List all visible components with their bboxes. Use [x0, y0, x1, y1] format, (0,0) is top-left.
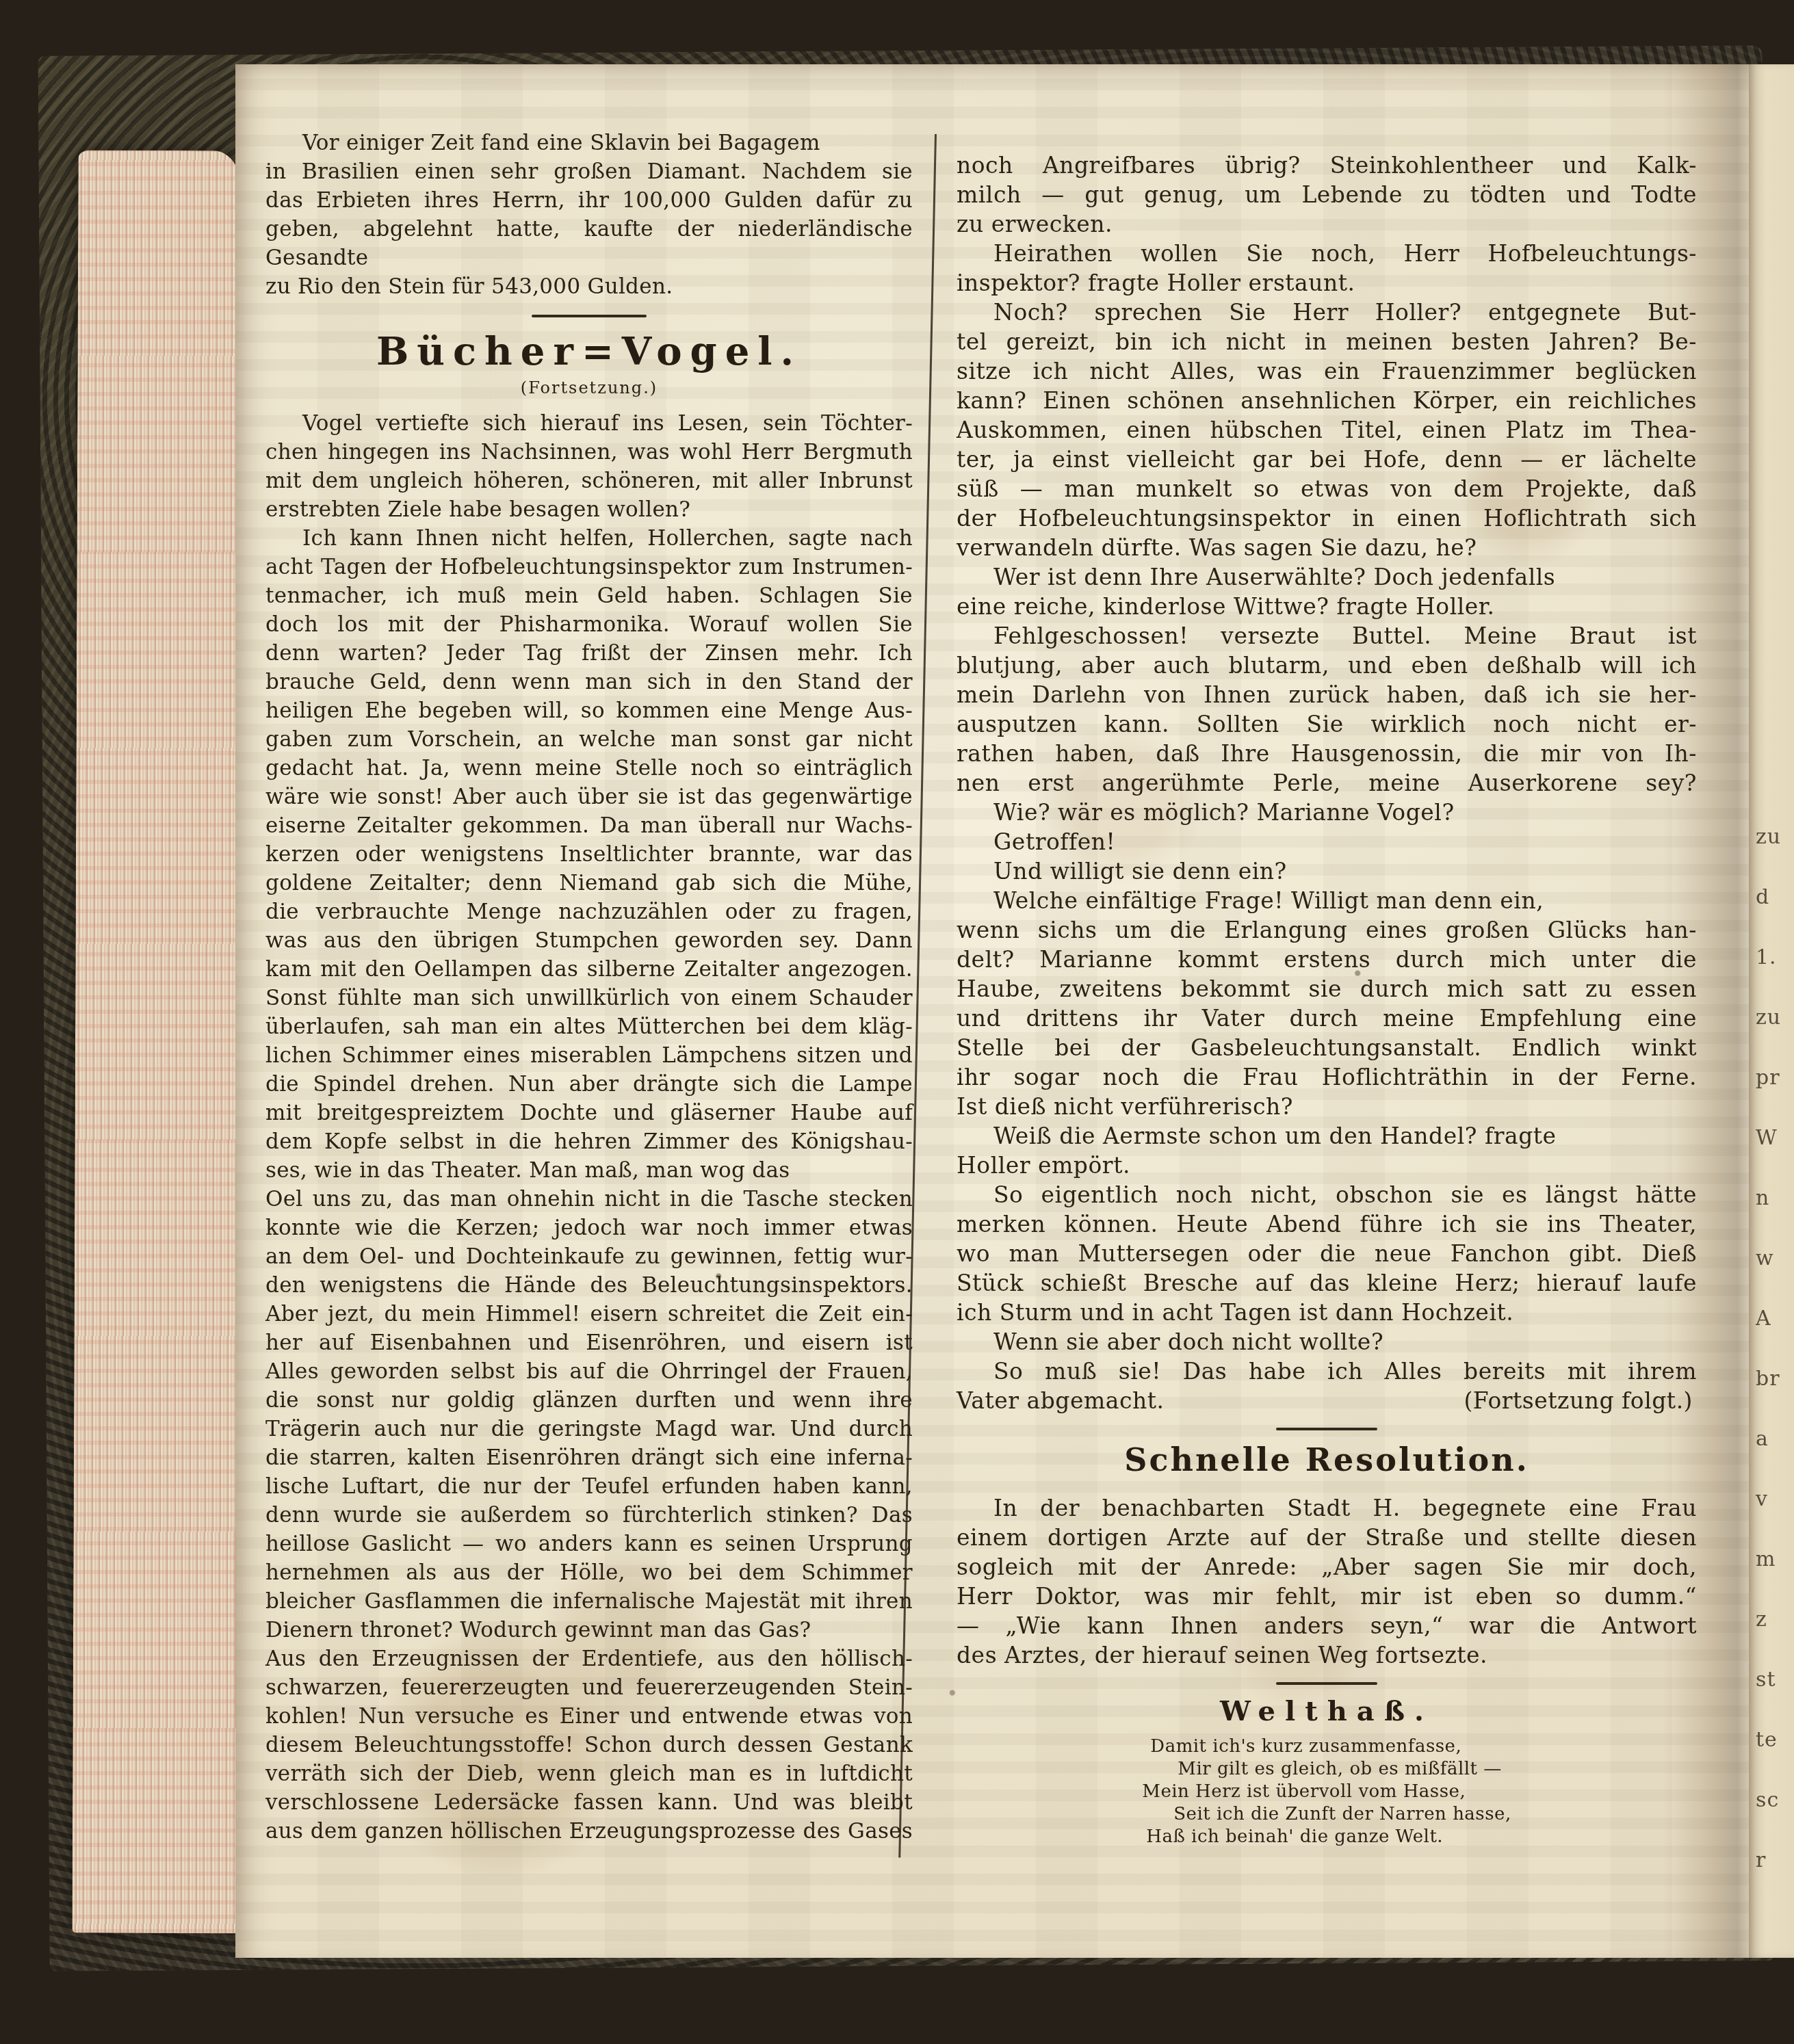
text-line: des Arztes, der hierauf seinen Weg forts… [957, 1640, 1697, 1670]
next-page-text-fragments: zud1.zuprWnwAbravmzsttescr [1756, 807, 1794, 1891]
text-line: Holler empört. [957, 1151, 1697, 1180]
text-line: merken können. Heute Abend führe ich sie… [957, 1209, 1697, 1239]
text-line: heiligen Ehe begeben will, so kommen ein… [265, 696, 913, 725]
text-line: die Spindel drehen. Nun aber drängte sic… [265, 1070, 913, 1099]
text-line: wo man Muttersegen oder die neue Fanchon… [957, 1239, 1697, 1268]
text-line: rathen haben, daß Ihre Hausgenossin, die… [957, 739, 1697, 768]
text-line: doch los mit der Phisharmonika. Worauf w… [265, 610, 913, 639]
text-line: Wenn sie aber doch nicht wollte? [957, 1327, 1697, 1357]
text-line: w [1756, 1229, 1794, 1289]
text-line: tel gereizt, bin ich nicht in meinen bes… [957, 327, 1697, 356]
text-line: gaben zum Vorschein, an welche man sonst… [265, 725, 913, 754]
text-line: Fehlgeschossen! versezte Buttel. Meine B… [957, 621, 1697, 651]
text-line: nen erst angerühmte Perle, meine Auserko… [957, 768, 1697, 798]
text-line: einem dortigen Arzte auf der Straße und … [957, 1523, 1697, 1552]
intro-paragraph: Vor einiger Zeit fand eine Sklavin bei B… [265, 129, 913, 301]
text-line: Haube, zweitens bekommt sie durch mich s… [957, 974, 1697, 1004]
text-line: brauche Geld, denn wenn man sich in den … [265, 668, 913, 696]
text-line: st [1756, 1650, 1794, 1710]
text-line: Aber jezt, du mein Himmel! eisern schrei… [265, 1300, 913, 1328]
text-line: ich Sturm und in acht Tagen ist dann Hoc… [957, 1298, 1697, 1327]
text-line: Vogel vertiefte sich hierauf ins Lesen, … [265, 409, 913, 438]
text-line: acht Tagen der Hofbeleuchtungsinspektor … [265, 553, 913, 581]
text-line: tenmacher, ich muß mein Geld haben. Schl… [265, 581, 913, 610]
text-line: schwarzen, feuererzeugten und feuererzeu… [265, 1673, 913, 1702]
text-line: pr [1756, 1048, 1794, 1108]
article-closing-line: Vater abgemacht. (Fortsetzung folgt.) [957, 1386, 1697, 1415]
text-line: heillose Gaslicht — wo anders kann es se… [265, 1530, 913, 1558]
text-line: Noch? sprechen Sie Herr Holler? entgegne… [957, 298, 1697, 327]
article-body-continued: noch Angreifbares übrig? Steinkohlenthee… [957, 150, 1697, 1386]
text-line: inspektor? fragte Holler erstaunt. [957, 268, 1697, 298]
text-line: Trägerin auch nur die geringste Magd war… [265, 1415, 913, 1443]
text-line: konnte wie die Kerzen; jedoch war noch i… [265, 1214, 913, 1242]
text-line: eine reiche, kinderlose Wittwe? fragte H… [957, 592, 1697, 621]
text-line: Haß ich beinah' die ganze Welt. [1142, 1826, 1511, 1848]
next-page-edge: zud1.zuprWnwAbravmzsttescr [1749, 64, 1794, 1958]
text-line: überlaufen, sah man ein altes Mütterchen… [265, 1012, 913, 1041]
text-line: m [1756, 1530, 1794, 1590]
text-line: Welche einfältige Frage! Willigt man den… [957, 886, 1697, 915]
text-line: 1. [1756, 928, 1794, 988]
article-body: Vogel vertiefte sich hierauf ins Lesen, … [265, 409, 913, 1846]
text-line: die sonst nur goldig glänzen durften und… [265, 1386, 913, 1415]
text-line: zu [1756, 807, 1794, 867]
text-line: hernehmen als aus der Hölle, wo bei dem … [265, 1558, 913, 1587]
text-line: ausputzen kann. Sollten Sie wirklich noc… [957, 709, 1697, 739]
text-line: diesem Beleuchtungsstoffe! Schon durch d… [265, 1731, 913, 1759]
text-line: Oel uns zu, das man ohnehin nicht in die… [265, 1185, 913, 1214]
text-line: die starren, kalten Eisenröhren drängt s… [265, 1443, 913, 1472]
text-line: verräth sich der Dieb, wenn gleich man e… [265, 1759, 913, 1788]
text-line: Heirathen wollen Sie noch, Herr Hofbeleu… [957, 239, 1697, 268]
text-line: z [1756, 1590, 1794, 1650]
text-line: Ich kann Ihnen nicht helfen, Hollerchen,… [265, 524, 913, 553]
text-line: sogleich mit der Anrede: „Aber sagen Sie… [957, 1552, 1697, 1582]
text-line: Wie? wär es möglich? Marianne Vogel? [957, 798, 1697, 827]
text-line: aus dem ganzen höllischen Erzeugungsproz… [265, 1817, 913, 1846]
text-line: Stelle bei der Gasbeleuchtungsanstalt. E… [957, 1033, 1697, 1062]
text-line: Auskommen, einen hübschen Titel, einen P… [957, 415, 1697, 445]
text-line: Weiß die Aermste schon um den Handel? fr… [957, 1121, 1697, 1151]
section-rule [1276, 1428, 1377, 1430]
text-line: den wenigstens die Hände des Beleuchtung… [265, 1271, 913, 1300]
text-line: mein Darlehn von Ihnen zurück haben, daß… [957, 680, 1697, 709]
text-line: die verbrauchte Menge nachzuzählen oder … [265, 897, 913, 926]
article-title-schnelle-resolution: Schnelle Resolution. [957, 1439, 1697, 1481]
text-line: Stück schießt Bresche auf das kleine Her… [957, 1268, 1697, 1298]
text-line: blutjung, aber auch blutarm, und eben de… [957, 651, 1697, 680]
text-line: Sonst fühlte man sich unwillkürlich von … [265, 984, 913, 1012]
text-line: zu erwecken. [957, 209, 1697, 239]
text-line: mit breitgespreiztem Dochte und gläserne… [265, 1099, 913, 1127]
text-line: geben, abgelehnt hatte, kaufte der niede… [265, 215, 913, 272]
text-line: d [1756, 867, 1794, 928]
text-line: an dem Oel- und Dochteinkaufe zu gewinne… [265, 1242, 913, 1271]
text-line: kam mit den Oellampen das silberne Zeita… [265, 955, 913, 984]
text-line: Und willigt sie denn ein? [957, 856, 1697, 886]
text-line: süß — man munkelt so etwas von dem Proje… [957, 474, 1697, 503]
text-line: ter, ja einst vielleicht gar bei Hofe, d… [957, 445, 1697, 474]
text-line: eiserne Zeitalter gekommen. Da man übera… [265, 811, 913, 840]
text-line: a [1756, 1409, 1794, 1469]
text-line: goldene Zeitalter; denn Niemand gab sich… [265, 869, 913, 897]
text-line: n [1756, 1168, 1794, 1229]
text-line: r [1756, 1831, 1794, 1891]
text-line: Mein Herz ist übervoll vom Hasse, [1142, 1781, 1511, 1803]
text-line: was aus den übrigen Stumpchen geworden s… [265, 926, 913, 955]
article2-body: In der benachbarten Stadt H. begegnete e… [957, 1493, 1697, 1670]
section-rule [1276, 1682, 1377, 1685]
right-column: noch Angreifbares übrig? Steinkohlenthee… [957, 150, 1697, 1848]
text-line: So muß sie! Das habe ich Alles bereits m… [957, 1357, 1697, 1386]
article-subtitle: (Fortsetzung.) [265, 376, 913, 399]
text-line: sc [1756, 1770, 1794, 1831]
text-line: So eigentlich noch nicht, obschon sie es… [957, 1180, 1697, 1209]
text-line: In der benachbarten Stadt H. begegnete e… [957, 1493, 1697, 1523]
text-line: sitze ich nicht Alles, was ein Frauenzim… [957, 356, 1697, 386]
text-line: Ist dieß nicht verführerisch? [957, 1092, 1697, 1121]
text-line: bleicher Gasflammen die infernalische Ma… [265, 1587, 913, 1616]
text-line: und drittens ihr Vater durch meine Empfe… [957, 1004, 1697, 1033]
text-line: Mir gilt es gleich, ob es mißfällt — [1142, 1758, 1511, 1781]
text-line: der Hofbeleuchtungsinspektor in einen Ho… [957, 503, 1697, 533]
article-title-welthass: Welthaß. [957, 1693, 1697, 1730]
text-line: Vor einiger Zeit fand eine Sklavin bei B… [265, 129, 913, 157]
closing-text: Vater abgemacht. [957, 1386, 1164, 1415]
text-line: gedacht hat. Ja, wenn meine Stelle noch … [265, 754, 913, 783]
text-line: das Erbieten ihres Herrn, ihr 100,000 Gu… [265, 186, 913, 215]
text-line: Aus den Erzeugnissen der Erdentiefe, aus… [265, 1645, 913, 1673]
left-column: Vor einiger Zeit fand eine Sklavin bei B… [265, 129, 913, 1846]
text-line: kerzen oder wenigstens Inseltlichter bra… [265, 840, 913, 869]
text-line: ses, wie in das Theater. Man maß, man wo… [265, 1156, 913, 1185]
text-line: wäre wie sonst! Aber auch über sie ist d… [265, 783, 913, 811]
text-line: br [1756, 1349, 1794, 1409]
text-line: denn wurde sie außerdem so fürchterlich … [265, 1501, 913, 1530]
text-line: in Brasilien einen sehr großen Diamant. … [265, 157, 913, 186]
text-line: Dienern thronet? Wodurch gewinnt man das… [265, 1616, 913, 1645]
text-line: verschlossene Ledersäcke fassen kann. Un… [265, 1788, 913, 1817]
text-line: kohlen! Nun versuche es Einer und entwen… [265, 1702, 913, 1731]
text-line: Damit ich's kurz zusammenfasse, [1142, 1735, 1511, 1758]
text-line: lichen Schimmer eines miserablen Lämpche… [265, 1041, 913, 1070]
text-line: dem Kopfe selbst in die hehren Zimmer de… [265, 1127, 913, 1156]
text-line: Alles geworden selbst bis auf die Ohrrin… [265, 1357, 913, 1386]
scanned-book-photo: { "colors": { "paper": "#e9e0c7", "ink":… [0, 0, 1794, 2044]
text-line: W [1756, 1108, 1794, 1168]
text-line: Seit ich die Zunft der Narren hasse, [1142, 1803, 1511, 1826]
text-line: mit dem ungleich höheren, schöneren, mit… [265, 467, 913, 495]
text-line: her auf Eisenbahnen und Eisenröhren, und… [265, 1328, 913, 1357]
text-line: te [1756, 1710, 1794, 1770]
fore-edge-page-stack [72, 150, 242, 1934]
text-line: kann? Einen schönen ansehnlichen Körper,… [957, 386, 1697, 415]
text-line: noch Angreifbares übrig? Steinkohlenthee… [957, 150, 1697, 180]
text-line: denn warten? Jeder Tag frißt der Zinsen … [265, 639, 913, 668]
article-title-buecher-vogel: Bücher=Vogel. [265, 327, 913, 376]
text-line: lische Luftart, die nur der Teufel erfun… [265, 1472, 913, 1501]
text-line: verwandeln dürfte. Was sagen Sie dazu, h… [957, 533, 1697, 562]
text-line: — „Wie kann Ihnen anders seyn,“ war die … [957, 1611, 1697, 1640]
text-line: Herr Doktor, was mir fehlt, mir ist eben… [957, 1582, 1697, 1611]
text-line: erstrebten Ziele habe besagen wollen? [265, 495, 913, 524]
text-line: Getroffen! [957, 827, 1697, 856]
text-line: zu Rio den Stein für 543,000 Gulden. [265, 272, 913, 301]
text-line: milch — gut genug, um Lebende zu tödten … [957, 180, 1697, 209]
text-line: ihr sogar noch die Frau Hoflichträthin i… [957, 1062, 1697, 1092]
text-line: A [1756, 1289, 1794, 1349]
poem-welthass: Damit ich's kurz zusammenfasse,Mir gilt … [1142, 1735, 1511, 1848]
section-rule [532, 315, 647, 317]
text-line: Wer ist denn Ihre Auserwählte? Doch jede… [957, 562, 1697, 592]
text-line: v [1756, 1469, 1794, 1530]
text-line: chen hingegen ins Nachsinnen, was wohl H… [265, 438, 913, 467]
text-line: zu [1756, 988, 1794, 1048]
text-line: delt? Marianne kommt erstens durch mich … [957, 945, 1697, 974]
continuation-note: (Fortsetzung folgt.) [1464, 1386, 1698, 1415]
text-line: wenn sichs um die Erlangung eines großen… [957, 915, 1697, 945]
